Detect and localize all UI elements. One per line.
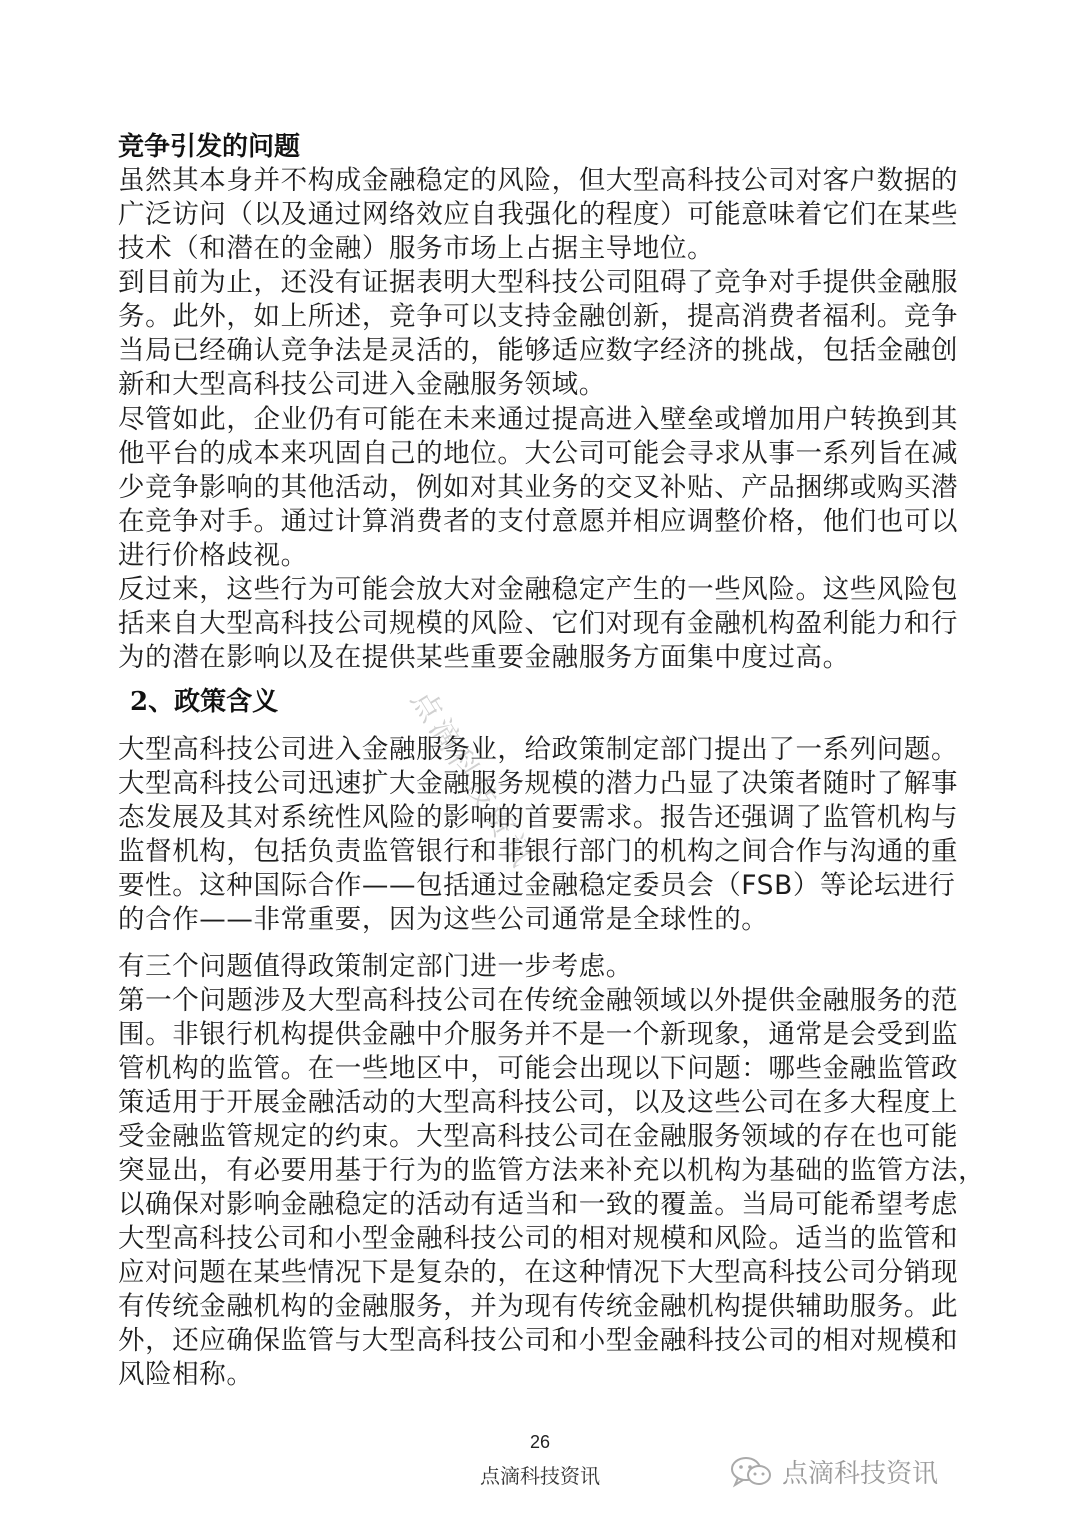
paragraph-line: 的合作——非常重要，因为这些公司通常是全球性的。	[118, 903, 968, 937]
wechat-account-name: 点滴科技资讯	[782, 1453, 938, 1490]
paragraph-line: 态发展及其对系统性风险的影响的首要需求。报告还强调了监管机构与	[118, 801, 968, 835]
section-heading-policy: 2、政策含义	[130, 685, 278, 719]
paragraph-line: 反过来，这些行为可能会放大对金融稳定产生的一些风险。这些风险包	[118, 573, 968, 607]
paragraph-line: 要性。这种国际合作——包括通过金融稳定委员会（FSB）等论坛进行	[118, 869, 968, 903]
paragraph-line: 括来自大型高科技公司规模的风险、它们对现有金融机构盈利能力和行	[118, 607, 968, 641]
document-page: 点滴科技资讯 竞争引发的问题 虽然其本身并不构成金融稳定的风险，但大型高科技公司…	[0, 0, 1080, 1526]
paragraph-line: 以确保对影响金融稳定的活动有适当和一致的覆盖。当局可能希望考虑	[118, 1188, 968, 1222]
paragraph-line: 管机构的监管。在一些地区中，可能会出现以下问题：哪些金融监管政	[118, 1052, 968, 1086]
paragraph-line: 广泛访问（以及通过网络效应自我强化的程度）可能意味着它们在某些	[118, 198, 968, 232]
paragraph-line: 务。此外，如上所述，竞争可以支持金融创新，提高消费者福利。竞争	[118, 300, 968, 334]
section-heading-competition: 竞争引发的问题	[118, 130, 300, 164]
paragraph-line: 虽然其本身并不构成金融稳定的风险，但大型高科技公司对客户数据的	[118, 164, 968, 198]
paragraph-line: 大型高科技公司和小型金融科技公司的相对规模和风险。适当的监管和	[118, 1222, 968, 1256]
paragraph-line: 应对问题在某些情况下是复杂的，在这种情况下大型高科技公司分销现	[118, 1256, 968, 1290]
paragraph-line: 当局已经确认竞争法是灵活的，能够适应数字经济的挑战，包括金融创	[118, 334, 968, 368]
paragraph-line: 大型高科技公司进入金融服务业，给政策制定部门提出了一系列问题。	[118, 733, 968, 767]
paragraph-line: 风险相称。	[118, 1358, 968, 1392]
paragraph-line: 新和大型高科技公司进入金融服务领域。	[118, 368, 968, 402]
paragraph-line: 技术（和潜在的金融）服务市场上占据主导地位。	[118, 232, 968, 266]
paragraph-line: 大型高科技公司迅速扩大金融服务规模的潜力凸显了决策者随时了解事	[118, 767, 968, 801]
paragraph-line: 策适用于开展金融活动的大型高科技公司，以及这些公司在多大程度上	[118, 1086, 968, 1120]
paragraph-line: 监督机构，包括负责监管银行和非银行部门的机构之间合作与沟通的重	[118, 835, 968, 869]
paragraph-line: 少竞争影响的其他活动，例如对其业务的交叉补贴、产品捆绑或购买潜	[118, 471, 968, 505]
paragraph-line: 有传统金融机构的金融服务，并为现有传统金融机构提供辅助服务。此	[118, 1290, 968, 1324]
paragraph-line: 突显出，有必要用基于行为的监管方法来补充以机构为基础的监管方法，	[118, 1154, 968, 1188]
paragraph-line: 外，还应确保监管与大型高科技公司和小型金融科技公司的相对规模和	[118, 1324, 968, 1358]
paragraph-line: 受金融监管规定的约束。大型高科技公司在金融服务领域的存在也可能	[118, 1120, 968, 1154]
paragraph-line: 在竞争对手。通过计算消费者的支付意愿并相应调整价格，他们也可以	[118, 505, 968, 539]
paragraph-line: 进行价格歧视。	[118, 539, 968, 573]
paragraph-line: 到目前为止，还没有证据表明大型科技公司阻碍了竞争对手提供金融服	[118, 266, 968, 300]
page-number: 26	[0, 1432, 1080, 1453]
paragraph-line: 为的潜在影响以及在提供某些重要金融服务方面集中度过高。	[118, 641, 968, 675]
paragraph-line: 尽管如此，企业仍有可能在未来通过提高进入壁垒或增加用户转换到其	[118, 403, 968, 437]
paragraph-line: 第一个问题涉及大型高科技公司在传统金融领域以外提供金融服务的范	[118, 984, 968, 1018]
wechat-account-mark: 点滴科技资讯	[730, 1453, 938, 1490]
paragraph-line: 他平台的成本来巩固自己的地位。大公司可能会寻求从事一系列旨在减	[118, 437, 968, 471]
wechat-icon	[730, 1455, 774, 1489]
paragraph-line: 围。非银行机构提供金融中介服务并不是一个新现象，通常是会受到监	[118, 1018, 968, 1052]
paragraph-line: 有三个问题值得政策制定部门进一步考虑。	[118, 950, 968, 984]
